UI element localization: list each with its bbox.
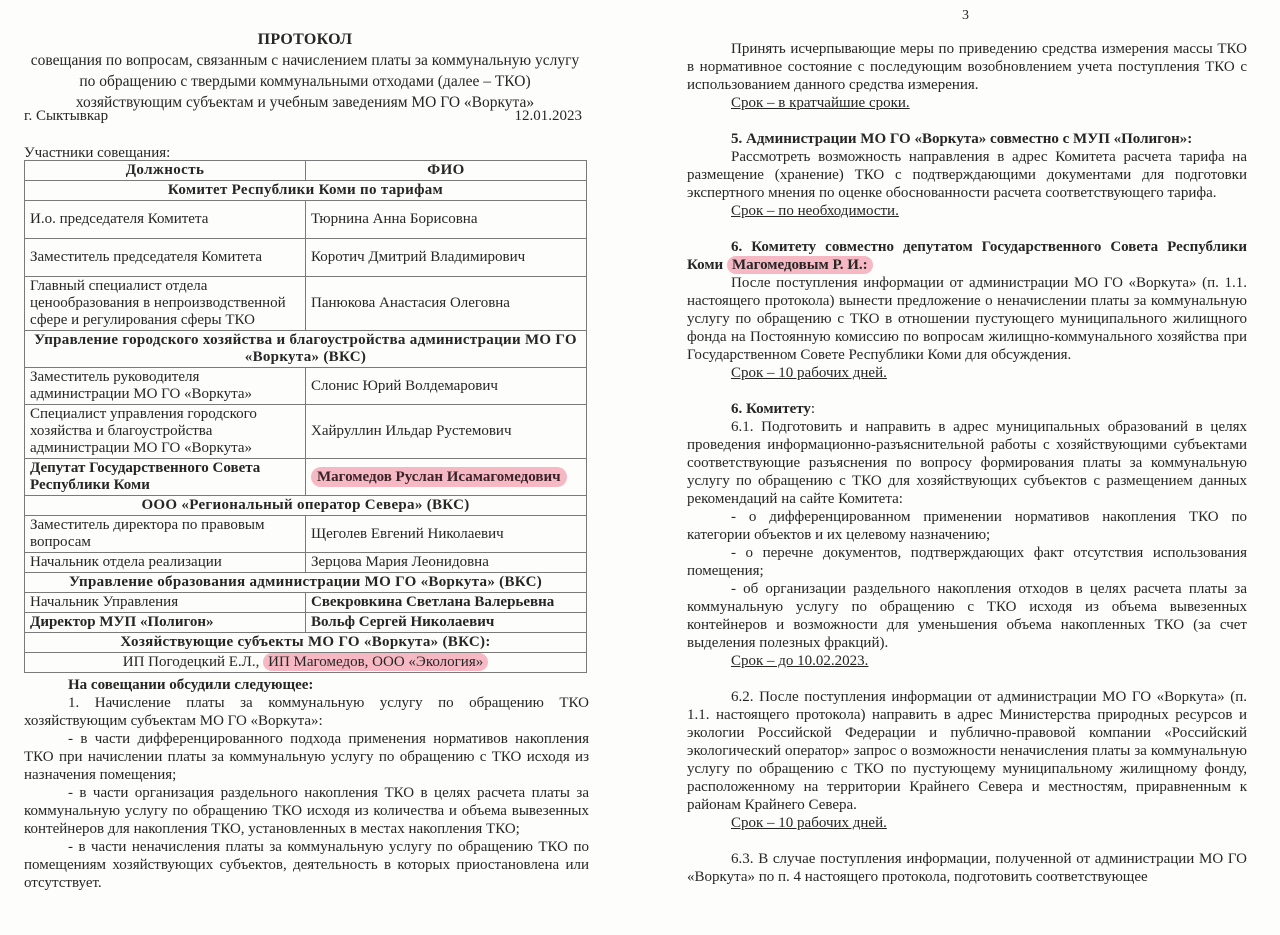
cell-name: Свекровкина Светлана Валерьевна [306, 593, 587, 613]
cell-name: Коротич Дмитрий Владимирович [306, 239, 587, 277]
deadline: Срок – 10 рабочих дней. [687, 364, 1247, 382]
table-row: Начальник отдела реализации Зерцова Мари… [25, 553, 587, 573]
cell-position: Директор МУП «Полигон» [25, 613, 306, 633]
discussion-bullet: - в части организация раздельного накопл… [24, 784, 589, 838]
cell-position: Главный специалист отдела ценообразовани… [25, 277, 306, 331]
deadline: Срок – по необходимости. [687, 202, 1247, 220]
discussion-bullet: - в части дифференцированного подхода пр… [24, 730, 589, 784]
table-row: Специалист управления городского хозяйст… [25, 405, 587, 459]
discussion-heading: На совещании обсудили следующее: [24, 676, 589, 694]
cell-position: Заместитель директора по правовым вопрос… [25, 516, 306, 553]
deadline: Срок – в кратчайшие сроки. [687, 94, 1247, 112]
page-number: 3 [962, 8, 969, 24]
section-row: Управление образования администрации МО … [25, 573, 587, 593]
paragraph: 6.3. В случае поступления информации, по… [687, 850, 1247, 886]
section-title: Хозяйствующие субъекты МО ГО «Воркута» (… [25, 633, 587, 653]
document-page-right: 3 Принять исчерпывающие меры по приведен… [660, 0, 1280, 935]
entities-highlighted: ИП Магомедов, ООО «Экология» [263, 653, 488, 671]
cell-position: Заместитель председателя Комитета [25, 239, 306, 277]
paragraph: После поступления информации от админист… [687, 274, 1247, 364]
cell-name: Панюкова Анастасия Олеговна [306, 277, 587, 331]
page-body: Принять исчерпывающие меры по приведению… [687, 40, 1247, 886]
table-row: Заместитель председателя Комитета Короти… [25, 239, 587, 277]
section-title: Управление городского хозяйства и благоу… [25, 331, 587, 368]
document-subtitle: совещания по вопросам, связанным с начис… [20, 50, 590, 113]
table-row: Директор МУП «Полигон» Вольф Сергей Нико… [25, 613, 587, 633]
cell-position: Депутат Государственного Совета Республи… [25, 459, 306, 496]
bullet: - о дифференцированном применении нормат… [687, 508, 1247, 544]
section-row: Комитет Республики Коми по тарифам [25, 181, 587, 201]
discussion-bullet: - в части неначисления платы за коммунал… [24, 838, 589, 892]
cell-position: Специалист управления городского хозяйст… [25, 405, 306, 459]
highlighted-name: Магомедов Руслан Исамагомедович [311, 467, 567, 487]
heading-colon: : [811, 401, 815, 417]
table-row: Заместитель директора по правовым вопрос… [25, 516, 587, 553]
item-heading: 6. Комитету: [687, 400, 1247, 418]
item-heading: 5. Администрации МО ГО «Воркута» совмест… [687, 130, 1247, 148]
cell-position: И.о. председателя Комитета [25, 201, 306, 239]
table-row: Заместитель руководителя администрации М… [25, 368, 587, 405]
section-title: ООО «Региональный оператор Севера» (ВКС) [25, 496, 587, 516]
table-row: ИП Погодецкий Е.Л., ИП Магомедов, ООО «Э… [25, 653, 587, 673]
cell-entities: ИП Погодецкий Е.Л., ИП Магомедов, ООО «Э… [25, 653, 587, 673]
table-row: Начальник Управления Свекровкина Светлан… [25, 593, 587, 613]
cell-name: Тюрнина Анна Борисовна [306, 201, 587, 239]
table-row: И.о. председателя Комитета Тюрнина Анна … [25, 201, 587, 239]
entities-plain: ИП Погодецкий Е.Л., [123, 654, 260, 670]
meeting-place: г. Сыктывкар [24, 108, 108, 125]
cell-position: Начальник отдела реализации [25, 553, 306, 573]
cell-name: Хайруллин Ильдар Рустемович [306, 405, 587, 459]
highlighted-deputy: Магомедовым Р. И.: [727, 256, 873, 274]
paragraph: Принять исчерпывающие меры по приведению… [687, 40, 1247, 94]
cell-name: Магомедов Руслан Исамагомедович [306, 459, 587, 496]
subtitle-line: совещания по вопросам, связанным с начис… [20, 50, 590, 71]
cell-name: Щеголев Евгений Николаевич [306, 516, 587, 553]
table-header-row: Должность ФИО [25, 161, 587, 181]
section-title: Управление образования администрации МО … [25, 573, 587, 593]
paragraph: 6.1. Подготовить и направить в адрес мун… [687, 418, 1247, 508]
participants-table: Должность ФИО Комитет Республики Коми по… [24, 160, 587, 673]
document-title: ПРОТОКОЛ [0, 31, 610, 49]
bullet: - о перечне документов, подтверждающих ф… [687, 544, 1247, 580]
discussion-item: 1. Начисление платы за коммунальную услу… [24, 694, 589, 730]
section-row: Управление городского хозяйства и благоу… [25, 331, 587, 368]
meeting-date: 12.01.2023 [470, 108, 582, 125]
paragraph: Рассмотреть возможность направления в ад… [687, 148, 1247, 202]
cell-name: Слонис Юрий Волдемарович [306, 368, 587, 405]
discussion-section: На совещании обсудили следующее: 1. Начи… [24, 676, 589, 892]
table-row-highlighted: Депутат Государственного Совета Республи… [25, 459, 587, 496]
item-heading: 6. Комитету совместно депутатом Государс… [687, 238, 1247, 274]
cell-name: Вольф Сергей Николаевич [306, 613, 587, 633]
subtitle-line: по обращению с твердыми коммунальными от… [20, 71, 590, 92]
column-header-position: Должность [25, 161, 306, 181]
section-title: Комитет Республики Коми по тарифам [25, 181, 587, 201]
table-row: Главный специалист отдела ценообразовани… [25, 277, 587, 331]
bullet: - об организации раздельного накопления … [687, 580, 1247, 652]
section-row: ООО «Региональный оператор Севера» (ВКС) [25, 496, 587, 516]
deadline: Срок – до 10.02.2023. [687, 652, 1247, 670]
cell-position: Заместитель руководителя администрации М… [25, 368, 306, 405]
paragraph: 6.2. После поступления информации от адм… [687, 688, 1247, 814]
heading-text: 6. Комитету [731, 401, 811, 417]
cell-position: Начальник Управления [25, 593, 306, 613]
column-header-name: ФИО [306, 161, 587, 181]
deadline: Срок – 10 рабочих дней. [687, 814, 1247, 832]
document-page-left: ПРОТОКОЛ совещания по вопросам, связанны… [0, 0, 640, 935]
section-row: Хозяйствующие субъекты МО ГО «Воркута» (… [25, 633, 587, 653]
cell-name: Зерцова Мария Леонидовна [306, 553, 587, 573]
